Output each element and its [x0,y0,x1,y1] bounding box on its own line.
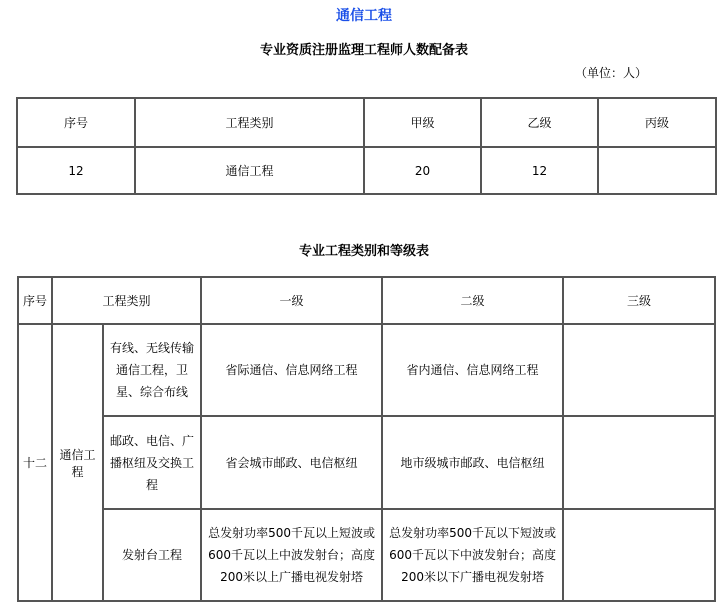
table-header-row: 序号 工程类别 一级 二级 三级 [18,277,715,324]
grade-table-title: 专业工程类别和等级表 [0,243,728,261]
cell-grade-b: 12 [481,147,598,194]
cell-category: 通信工程 [135,147,364,194]
level3-cell [563,416,715,509]
subcategory: 邮政、电信、广播枢纽及交换工程 [103,416,201,509]
header-level1: 一级 [201,277,382,324]
page-title: 通信工程 [0,6,728,26]
staffing-table-title: 专业资质注册监理工程师人数配备表 [0,42,728,60]
header-index: 序号 [17,98,135,147]
header-category: 工程类别 [52,277,201,324]
header-grade-a: 甲级 [364,98,481,147]
level1-cell: 省会城市邮政、电信枢纽 [201,416,382,509]
header-grade-b: 乙级 [481,98,598,147]
header-grade-c: 丙级 [598,98,716,147]
grade-table: 序号 工程类别 一级 二级 三级 十二 通信工程 有线、无线传输通信工程，卫星、… [17,276,716,602]
table-row: 邮政、电信、广播枢纽及交换工程 省会城市邮政、电信枢纽 地市级城市邮政、电信枢纽 [18,416,715,509]
header-level2: 二级 [382,277,563,324]
level3-cell [563,509,715,601]
subcategory: 发射台工程 [103,509,201,601]
table-row: 十二 通信工程 有线、无线传输通信工程，卫星、综合布线 省际通信、信息网络工程 … [18,324,715,416]
level2-cell: 地市级城市邮政、电信枢纽 [382,416,563,509]
level2-cell: 总发射功率500千瓦以下短波或600千瓦以下中波发射台；高度200米以下广播电视… [382,509,563,601]
header-category: 工程类别 [135,98,364,147]
level1-cell: 总发射功率500千瓦以上短波或600千瓦以上中波发射台；高度200米以上广播电视… [201,509,382,601]
table-header-row: 序号 工程类别 甲级 乙级 丙级 [17,98,716,147]
unit-note: （单位：人） [575,64,647,82]
cell-grade-c [598,147,716,194]
cell-grade-a: 20 [364,147,481,194]
cell-index: 12 [17,147,135,194]
table-row: 发射台工程 总发射功率500千瓦以上短波或600千瓦以上中波发射台；高度200米… [18,509,715,601]
group-index: 十二 [18,324,52,601]
header-index: 序号 [18,277,52,324]
level1-cell: 省际通信、信息网络工程 [201,324,382,416]
staffing-table: 序号 工程类别 甲级 乙级 丙级 12 通信工程 20 12 [16,97,717,195]
table-row: 12 通信工程 20 12 [17,147,716,194]
subcategory: 有线、无线传输通信工程，卫星、综合布线 [103,324,201,416]
group-category: 通信工程 [52,324,103,601]
level3-cell [563,324,715,416]
header-level3: 三级 [563,277,715,324]
level2-cell: 省内通信、信息网络工程 [382,324,563,416]
